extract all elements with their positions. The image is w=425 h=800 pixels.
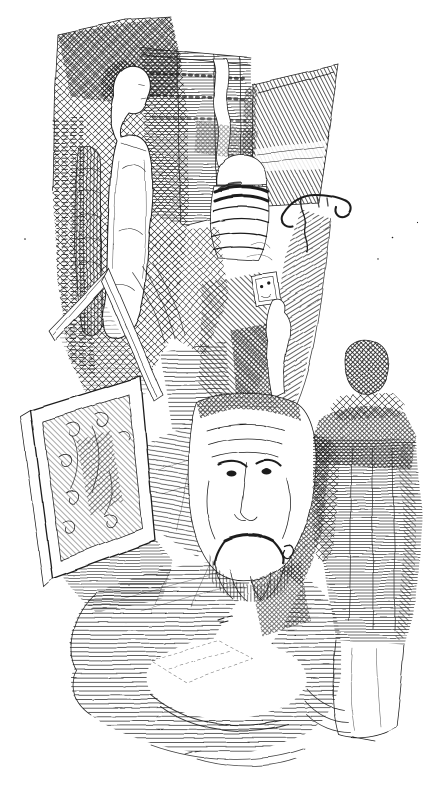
speck-3 xyxy=(376,257,377,258)
light-pool xyxy=(146,638,306,718)
speck-4 xyxy=(416,221,417,222)
drawing xyxy=(20,16,422,766)
man-head xyxy=(344,340,388,394)
hem-folds xyxy=(351,648,380,730)
hook-curl-left xyxy=(281,213,292,226)
eye-right xyxy=(261,468,271,474)
sketch-canvas xyxy=(0,0,425,800)
coat-hem xyxy=(333,640,405,737)
eye-left xyxy=(226,470,236,476)
speck-1 xyxy=(23,237,25,239)
canvas-hatch xyxy=(251,64,338,206)
illustration xyxy=(0,0,425,800)
hook-curl-right xyxy=(334,200,350,216)
leaning-canvas xyxy=(251,64,338,206)
speck-2 xyxy=(391,236,393,238)
